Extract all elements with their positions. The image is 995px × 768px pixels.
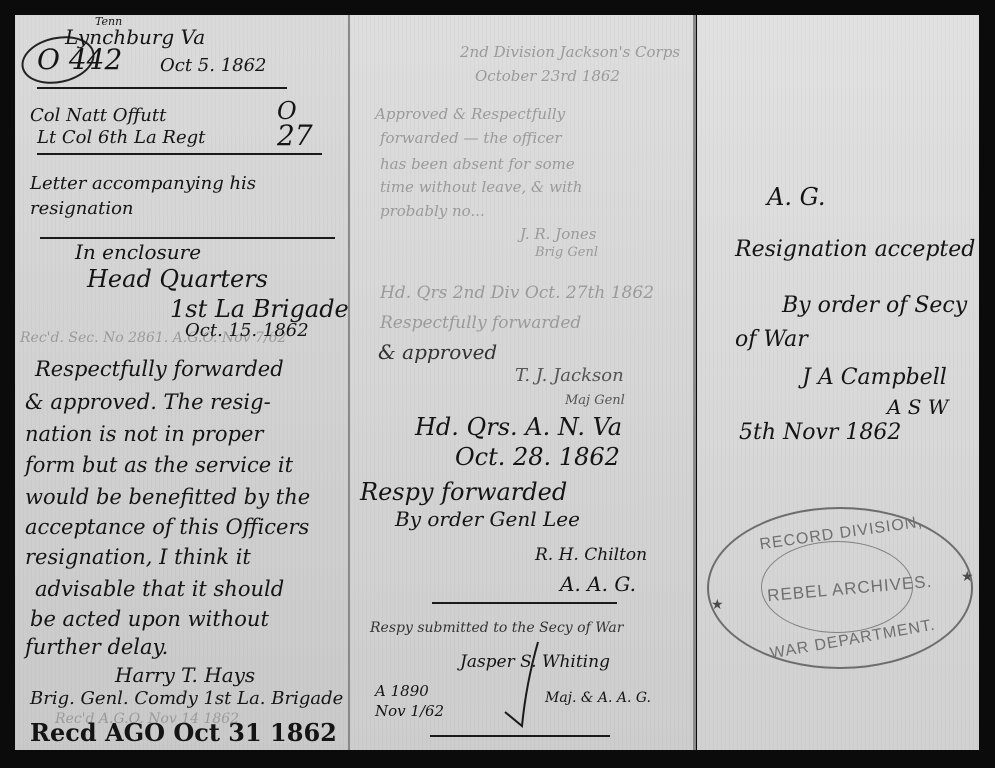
signature: J A Campbell [802, 365, 947, 390]
approved-line: & approved [378, 340, 497, 364]
by-order-line: By order Genl Lee [395, 507, 580, 531]
fold-line [693, 15, 696, 750]
endorsement-date: Oct. 15. 1862 [185, 320, 309, 341]
jackson-title: Maj Genl [565, 393, 625, 408]
enclosure-label: In enclosure [75, 240, 201, 264]
ago-number: A 1890 [375, 682, 429, 700]
file-number: O 442 [37, 43, 122, 76]
faint-signature: J. R. Jones [520, 225, 597, 243]
by-order-line-1: By order of Secy [782, 293, 967, 318]
endorsement-hq: Head Quarters [87, 265, 268, 293]
date: 5th Novr 1862 [739, 420, 901, 445]
right-panel: A. G. Resignation accepted By order of S… [697, 15, 979, 750]
hq-date: Oct. 28. 1862 [455, 443, 620, 471]
faint-header-line-1: 2nd Division Jackson's Corps [460, 43, 680, 61]
faint-endorsement-date: Hd. Qrs 2nd Div Oct. 27th 1862 [380, 283, 654, 303]
check-mark-icon [500, 640, 540, 730]
body-line: Respectfully forwarded [35, 357, 284, 381]
body-line: be acted upon without [30, 607, 269, 631]
register-number: 27 [277, 119, 313, 152]
body-line: advisable that it should [35, 577, 284, 601]
faint-body-line: Approved & Respectfully [375, 105, 565, 123]
signature: Harry T. Hays [115, 663, 255, 687]
faint-endorsement-line: Respectfully forwarded [380, 313, 581, 333]
body-line: nation is not in proper [25, 422, 263, 446]
faint-body-line: has been absent for some [380, 155, 575, 173]
by-order-line-2: of War [735, 327, 808, 352]
left-panel: Tenn Lynchburg Va O 442 Oct 5. 1862 Col … [15, 15, 348, 750]
submitted-line: Respy submitted to the Secy of War [370, 620, 623, 636]
faint-body-line: time without leave, & with [380, 178, 582, 196]
officer-rank: Lt Col 6th La Regt [37, 127, 205, 148]
divider [37, 87, 287, 89]
divider [40, 237, 335, 239]
divider [430, 735, 610, 737]
aag-signature: R. H. Chilton [535, 545, 647, 565]
whiting-title: Maj. & A. A. G. [545, 690, 651, 706]
body-line: form but as the service it [25, 453, 293, 477]
jackson-signature: T. J. Jackson [515, 365, 624, 386]
officer-name: Col Natt Offutt [30, 105, 166, 126]
divider [432, 602, 617, 604]
faint-signature-title: Brig Genl [535, 245, 598, 260]
received-stamp: Recd AGO Oct 31 1862 [30, 718, 337, 747]
subject-line-1: Letter accompanying his [30, 173, 256, 194]
middle-panel: 2nd Division Jackson's Corps October 23r… [350, 15, 693, 750]
signature-title: A S W [887, 395, 948, 419]
star-icon: ★ [711, 597, 724, 613]
body-line: would be benefitted by the [25, 485, 310, 509]
body-line: acceptance of this Officers [25, 515, 309, 539]
archive-stamp: RECORD DIVISION, REBEL ARCHIVES. WAR DEP… [707, 507, 973, 669]
divider [37, 153, 322, 155]
ago-date: Nov 1/62 [375, 702, 444, 720]
endorsement-unit: 1st La Brigade [170, 295, 348, 323]
faint-body-line: probably no... [380, 202, 485, 220]
body-line: resignation, I think it [25, 545, 251, 569]
forwarded-line: Respy forwarded [360, 478, 567, 506]
hq-line: Hd. Qrs. A. N. Va [415, 413, 622, 441]
aag-title: A. A. G. [560, 572, 636, 596]
faint-header-line-2: October 23rd 1862 [475, 67, 620, 85]
faint-body-line: forwarded — the officer [380, 129, 562, 147]
decision: Resignation accepted [735, 237, 975, 262]
signature-title: Brig. Genl. Comdy 1st La. Brigade [30, 688, 343, 709]
subject-line-2: resignation [30, 198, 134, 219]
body-line: further delay. [25, 635, 168, 659]
body-line: & approved. The resig- [25, 390, 271, 414]
addressee: A. G. [767, 183, 826, 211]
star-icon: ★ [961, 569, 974, 585]
header-date: Oct 5. 1862 [160, 55, 267, 76]
